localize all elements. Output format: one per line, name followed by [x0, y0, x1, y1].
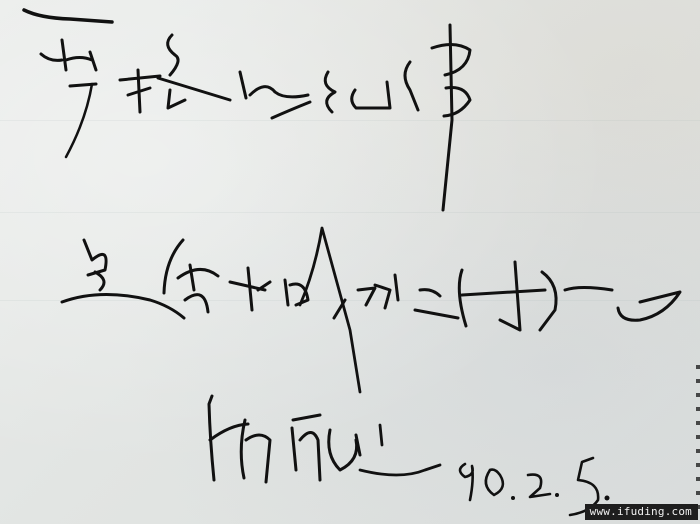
signature-strokes — [209, 396, 440, 482]
inscription-line-2-strokes — [62, 228, 680, 392]
paper-photo: 严格的纪律 是胜利的保证 陈锡联 98.2.5. www.ifuding.com — [0, 0, 700, 524]
handwriting-strokes — [0, 0, 700, 524]
binding-edge-marks — [696, 365, 700, 515]
watermark: www.ifuding.com — [585, 504, 698, 520]
inscription-line-1-strokes — [24, 10, 470, 210]
